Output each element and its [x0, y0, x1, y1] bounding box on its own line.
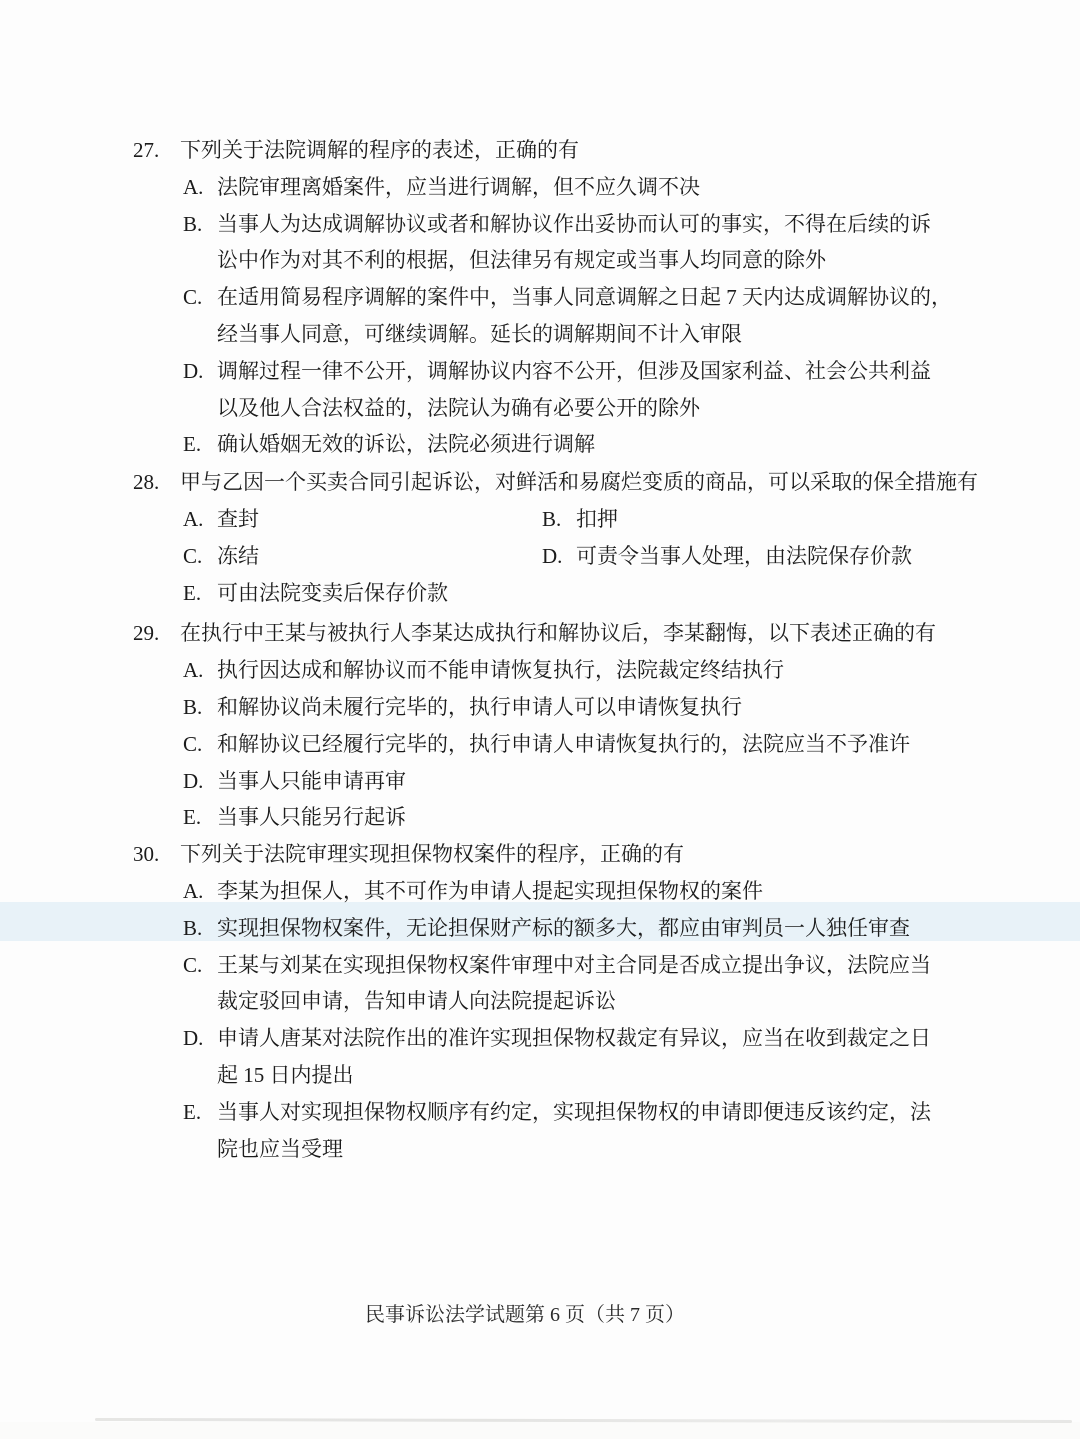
option-29-C: C.和解协议已经履行完毕的，执行申请人申请恢复执行的，法院应当不予准许 — [183, 726, 1033, 763]
option-letter: E. — [183, 799, 217, 836]
option-30-E: E.当事人对实现担保物权顺序有约定，实现担保物权的申请即便违反该约定，法院也应当… — [183, 1094, 1033, 1168]
option-letter: B. — [183, 910, 217, 947]
option-text: 当事人只能申请再审 — [217, 763, 406, 800]
option-text-line: 当事人只能申请再审 — [217, 763, 406, 800]
option-27-C: C.在适用简易程序调解的案件中，当事人同意调解之日起 7 天内达成调解协议的，经… — [183, 279, 1033, 353]
option-text-line: 当事人对实现担保物权顺序有约定，实现担保物权的申请即便违反该约定，法 — [217, 1094, 931, 1131]
option-text: 确认婚姻无效的诉讼，法院必须进行调解 — [217, 426, 595, 463]
option-letter: E. — [183, 1094, 217, 1131]
question-30: 30.下列关于法院审理实现担保物权案件的程序，正确的有A.李某为担保人，其不可作… — [133, 836, 1033, 1167]
option-letter: B. — [183, 206, 217, 243]
option-list: A.查封B.扣押C.冻结D.可责令当事人处理，由法院保存价款E.可由法院变卖后保… — [183, 501, 1033, 611]
option-text-line: 讼中作为对其不利的根据，但法律另有规定或当事人均同意的除外 — [217, 242, 931, 279]
option-text: 在适用简易程序调解的案件中，当事人同意调解之日起 7 天内达成调解协议的，经当事… — [217, 279, 952, 353]
question-stem: 在执行中王某与被执行人李某达成执行和解协议后，李某翻悔，以下表述正确的有 — [180, 615, 936, 652]
option-27-E: E.确认婚姻无效的诉讼，法院必须进行调解 — [183, 426, 1033, 463]
option-29-A: A.执行因达成和解协议而不能申请恢复执行，法院裁定终结执行 — [183, 652, 1033, 689]
option-text-line: 王某与刘某在实现担保物权案件审理中对主合同是否成立提出争议，法院应当 — [217, 947, 931, 984]
page-edge-line — [95, 1418, 1072, 1423]
option-list: A.李某为担保人，其不可作为申请人提起实现担保物权的案件B.实现担保物权案件，无… — [183, 873, 1033, 1167]
option-list: A.法院审理离婚案件，应当进行调解，但不应久调不决B.当事人为达成调解协议或者和… — [183, 169, 1033, 463]
option-letter: A. — [183, 652, 217, 689]
option-text-line: 申请人唐某对法院作出的准许实现担保物权裁定有异议，应当在收到裁定之日 — [217, 1020, 931, 1057]
question-29: 29.在执行中王某与被执行人李某达成执行和解协议后，李某翻悔，以下表述正确的有A… — [133, 615, 1033, 836]
option-text-line: 经当事人同意，可继续调解。延长的调解期间不计入审限 — [217, 316, 952, 353]
option-29-B: B.和解协议尚未履行完毕的，执行申请人可以申请恢复执行 — [183, 689, 1033, 726]
option-letter: A. — [183, 169, 217, 206]
option-text-line: 扣押 — [576, 501, 618, 538]
option-letter: E. — [183, 575, 217, 612]
scanned-exam-page: 27.下列关于法院调解的程序的表述，正确的有A.法院审理离婚案件，应当进行调解，… — [0, 0, 1080, 1439]
option-text-line: 在适用简易程序调解的案件中，当事人同意调解之日起 7 天内达成调解协议的， — [217, 279, 952, 316]
option-text-line: 调解过程一律不公开，调解协议内容不公开，但涉及国家利益、社会公共利益 — [217, 353, 931, 390]
question-28: 28.甲与乙因一个买卖合同引起诉讼，对鲜活和易腐烂变质的商品，可以采取的保全措施… — [133, 464, 1033, 611]
option-27-A: A.法院审理离婚案件，应当进行调解，但不应久调不决 — [183, 169, 1033, 206]
question-list: 27.下列关于法院调解的程序的表述，正确的有A.法院审理离婚案件，应当进行调解，… — [133, 132, 1033, 1167]
option-text: 实现担保物权案件，无论担保财产标的额多大，都应由审判员一人独任审查 — [217, 910, 910, 947]
option-letter: C. — [183, 726, 217, 763]
option-list: A.执行因达成和解协议而不能申请恢复执行，法院裁定终结执行B.和解协议尚未履行完… — [183, 652, 1033, 836]
option-text: 当事人只能另行起诉 — [217, 799, 406, 836]
option-letter: D. — [183, 763, 217, 800]
option-28-A: A.查封 — [183, 501, 542, 538]
option-text: 当事人为达成调解协议或者和解协议作出妥协而认可的事实，不得在后续的诉讼中作为对其… — [217, 206, 931, 280]
option-text-line: 可由法院变卖后保存价款 — [217, 575, 448, 612]
question-stem-row: 28.甲与乙因一个买卖合同引起诉讼，对鲜活和易腐烂变质的商品，可以采取的保全措施… — [133, 464, 1033, 501]
option-text-line: 冻结 — [217, 538, 259, 575]
option-28-E: E.可由法院变卖后保存价款 — [183, 575, 542, 612]
option-letter: D. — [183, 353, 217, 390]
page-bottom-edge — [0, 1422, 1080, 1439]
option-letter: D. — [183, 1020, 217, 1057]
option-text: 和解协议尚未履行完毕的，执行申请人可以申请恢复执行 — [217, 689, 742, 726]
option-letter: C. — [183, 279, 217, 316]
option-letter: C. — [183, 538, 217, 575]
question-stem-row: 30.下列关于法院审理实现担保物权案件的程序，正确的有 — [133, 836, 1033, 873]
question-stem: 下列关于法院审理实现担保物权案件的程序，正确的有 — [180, 836, 684, 873]
option-text-line: 以及他人合法权益的，法院认为确有必要公开的除外 — [217, 390, 931, 427]
option-text-line: 当事人为达成调解协议或者和解协议作出妥协而认可的事实，不得在后续的诉 — [217, 206, 931, 243]
option-text: 可责令当事人处理，由法院保存价款 — [576, 538, 912, 575]
option-text-line: 查封 — [217, 501, 259, 538]
option-text-line: 当事人只能另行起诉 — [217, 799, 406, 836]
option-text-line: 可责令当事人处理，由法院保存价款 — [576, 538, 912, 575]
option-text-line: 裁定驳回申请，告知申请人向法院提起诉讼 — [217, 983, 931, 1020]
question-stem: 下列关于法院调解的程序的表述，正确的有 — [180, 132, 579, 169]
option-text: 扣押 — [576, 501, 618, 538]
option-text-line: 实现担保物权案件，无论担保财产标的额多大，都应由审判员一人独任审查 — [217, 910, 910, 947]
option-30-D: D.申请人唐某对法院作出的准许实现担保物权裁定有异议，应当在收到裁定之日起 15… — [183, 1020, 1033, 1094]
question-stem: 甲与乙因一个买卖合同引起诉讼，对鲜活和易腐烂变质的商品，可以采取的保全措施有 — [180, 464, 978, 501]
option-letter: E. — [183, 426, 217, 463]
option-text: 执行因达成和解协议而不能申请恢复执行，法院裁定终结执行 — [217, 652, 784, 689]
option-27-D: D.调解过程一律不公开，调解协议内容不公开，但涉及国家利益、社会公共利益以及他人… — [183, 353, 1033, 427]
option-text-line: 院也应当受理 — [217, 1131, 931, 1168]
question-number: 27. — [133, 132, 180, 169]
option-text: 可由法院变卖后保存价款 — [217, 575, 448, 612]
option-30-B: B.实现担保物权案件，无论担保财产标的额多大，都应由审判员一人独任审查 — [183, 910, 1033, 947]
option-text: 冻结 — [217, 538, 259, 575]
option-text-line: 法院审理离婚案件，应当进行调解，但不应久调不决 — [217, 169, 700, 206]
option-letter: B. — [542, 501, 576, 538]
question-stem-row: 29.在执行中王某与被执行人李某达成执行和解协议后，李某翻悔，以下表述正确的有 — [133, 615, 1033, 652]
option-30-A: A.李某为担保人，其不可作为申请人提起实现担保物权的案件 — [183, 873, 1033, 910]
option-letter: A. — [183, 501, 217, 538]
option-29-D: D.当事人只能申请再审 — [183, 763, 1033, 800]
question-number: 29. — [133, 615, 180, 652]
option-text-line: 李某为担保人，其不可作为申请人提起实现担保物权的案件 — [217, 873, 763, 910]
option-28-C: C.冻结 — [183, 538, 542, 575]
option-text: 李某为担保人，其不可作为申请人提起实现担保物权的案件 — [217, 873, 763, 910]
page-footer: 民事诉讼法学试题第 6 页（共 7 页） — [0, 1300, 1050, 1330]
question-number: 30. — [133, 836, 180, 873]
option-letter: D. — [542, 538, 576, 575]
option-letter: A. — [183, 873, 217, 910]
question-number: 28. — [133, 464, 180, 501]
option-text-line: 确认婚姻无效的诉讼，法院必须进行调解 — [217, 426, 595, 463]
option-text: 和解协议已经履行完毕的，执行申请人申请恢复执行的，法院应当不予准许 — [217, 726, 910, 763]
option-28-D: D.可责令当事人处理，由法院保存价款 — [542, 538, 1033, 575]
question-stem-row: 27.下列关于法院调解的程序的表述，正确的有 — [133, 132, 1033, 169]
option-text: 王某与刘某在实现担保物权案件审理中对主合同是否成立提出争议，法院应当裁定驳回申请… — [217, 947, 931, 1021]
option-text: 查封 — [217, 501, 259, 538]
option-29-E: E.当事人只能另行起诉 — [183, 799, 1033, 836]
option-30-C: C.王某与刘某在实现担保物权案件审理中对主合同是否成立提出争议，法院应当裁定驳回… — [183, 947, 1033, 1021]
option-text-line: 起 15 日内提出 — [217, 1057, 931, 1094]
option-28-B: B.扣押 — [542, 501, 1033, 538]
option-text: 申请人唐某对法院作出的准许实现担保物权裁定有异议，应当在收到裁定之日起 15 日… — [217, 1020, 931, 1094]
question-27: 27.下列关于法院调解的程序的表述，正确的有A.法院审理离婚案件，应当进行调解，… — [133, 132, 1033, 463]
option-text-line: 和解协议尚未履行完毕的，执行申请人可以申请恢复执行 — [217, 689, 742, 726]
option-text-line: 和解协议已经履行完毕的，执行申请人申请恢复执行的，法院应当不予准许 — [217, 726, 910, 763]
option-text-line: 执行因达成和解协议而不能申请恢复执行，法院裁定终结执行 — [217, 652, 784, 689]
option-text: 法院审理离婚案件，应当进行调解，但不应久调不决 — [217, 169, 700, 206]
option-27-B: B.当事人为达成调解协议或者和解协议作出妥协而认可的事实，不得在后续的诉讼中作为… — [183, 206, 1033, 280]
option-text: 当事人对实现担保物权顺序有约定，实现担保物权的申请即便违反该约定，法院也应当受理 — [217, 1094, 931, 1168]
option-letter: C. — [183, 947, 217, 984]
option-text: 调解过程一律不公开，调解协议内容不公开，但涉及国家利益、社会公共利益以及他人合法… — [217, 353, 931, 427]
option-letter: B. — [183, 689, 217, 726]
